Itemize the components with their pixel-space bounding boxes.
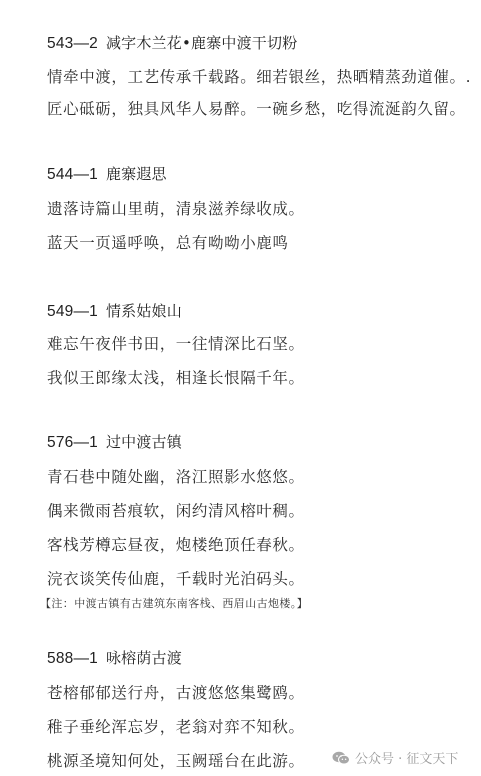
watermark-text: 公众号 · 征文天下 (355, 748, 458, 767)
poem-title: 减字木兰花•鹿寨中渡干切粉 (106, 34, 297, 52)
poem-line: 偶来微雨苔痕软，闲约清风榕叶稠。 (47, 501, 305, 521)
poem-line: 情牵中渡，工艺传承千载路。细若银丝，热晒精蒸劲道催。. (47, 67, 471, 87)
poem-line: 浣衣谈笑传仙鹿，千载时光泊码头。 (47, 569, 305, 589)
poem-title: 咏榕荫古渡 (106, 649, 182, 667)
poem-title: 鹿寨遐思 (106, 165, 167, 183)
poem-line: 桃源圣境知何处，玉阙瑶台在此游。 (47, 751, 305, 771)
poem-heading: 543—2 减字木兰花•鹿寨中渡干切粉 (47, 33, 297, 54)
poem-line: 蓝天一页遥呼唤，总有呦呦小鹿鸣 (47, 233, 289, 253)
poem-number: 549—1 (47, 303, 98, 320)
poem-number: 544—1 (47, 166, 98, 183)
poem-line: 客栈芳樽忘昼夜，炮楼绝顶任春秋。 (47, 535, 305, 555)
poem-title: 情系姑娘山 (106, 302, 182, 320)
poem-heading: 576—1 过中渡古镇 (47, 432, 182, 453)
poem-line: 匠心砥砺，独具风华人易醉。一碗乡愁，吃得流涎韵久留。 (47, 99, 466, 119)
poem-heading: 588—1 咏榕荫古渡 (47, 648, 182, 669)
poem-number: 576—1 (47, 434, 98, 451)
poem-line: 遗落诗篇山里萌，清泉滋养绿收成。 (47, 199, 305, 219)
poem-number: 588—1 (47, 650, 98, 667)
poem-line: 青石巷中随处幽，洛江照影水悠悠。 (47, 467, 305, 487)
poem-heading: 549—1 情系姑娘山 (47, 301, 182, 322)
poem-line: 稚子垂纶浑忘岁，老翁对弈不知秋。 (47, 717, 305, 737)
poem-line: 我似王郎缘太浅，相逢长恨隔千年。 (47, 368, 305, 388)
poem-number: 543—2 (47, 35, 98, 52)
wechat-icon (332, 751, 350, 765)
wechat-watermark: 公众号 · 征文天下 (328, 746, 462, 769)
poem-line: 难忘午夜伴书田，一往情深比石坚。 (47, 334, 305, 354)
poem-document: 543—2 减字木兰花•鹿寨中渡干切粉 情牵中渡，工艺传承千载路。细若银丝，热晒… (0, 0, 481, 776)
poem-title: 过中渡古镇 (106, 433, 182, 451)
poem-line: 苍榕郁郁送行舟，古渡悠悠集鹭鸥。 (47, 683, 305, 703)
poem-heading: 544—1 鹿寨遐思 (47, 164, 167, 185)
poem-annotation: 【注：中渡古镇有古建筑东南客栈、西眉山古炮楼。】 (40, 597, 308, 611)
